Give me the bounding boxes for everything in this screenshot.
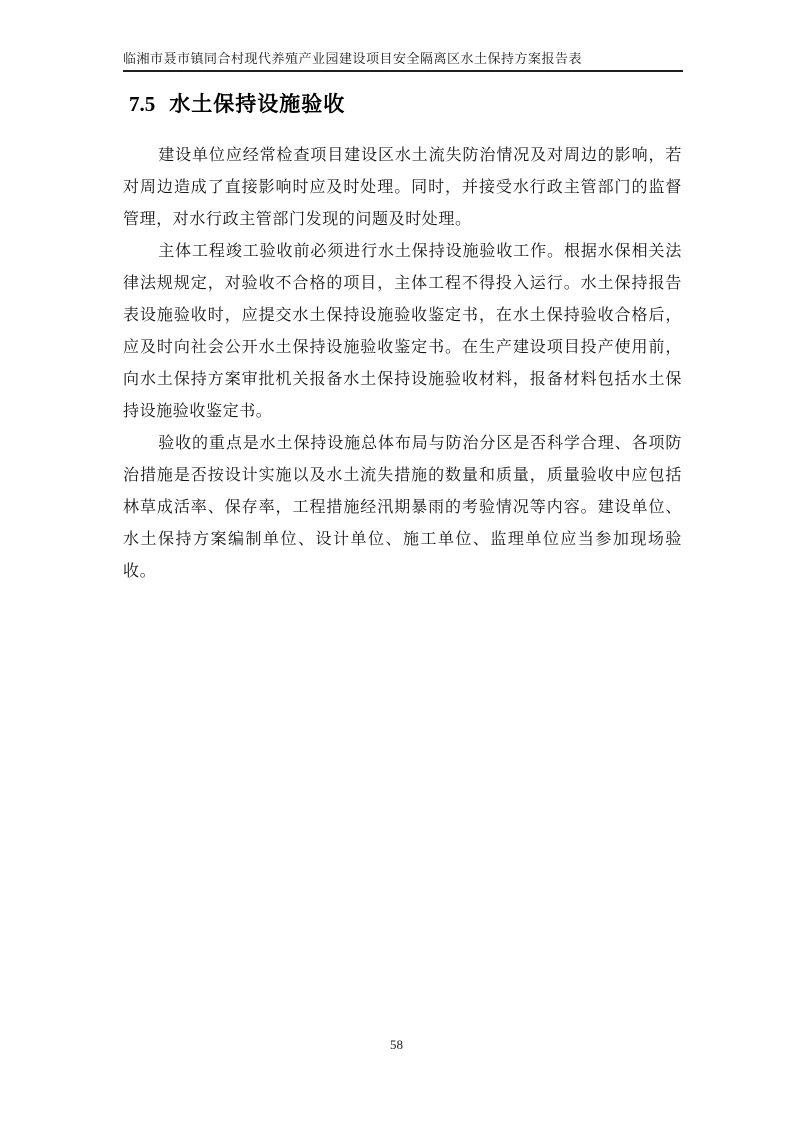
paragraph-inspection-duty: 建设单位应经常检查项目建设区水土流失防治情况及对周边的影响，若对周边造成了直接影… (123, 140, 682, 236)
paragraph-acceptance-focus: 验收的重点是水土保持设施总体布局与防治分区是否科学合理、各项防治措施是否按设计实… (123, 428, 682, 588)
section-heading: 7.5水土保持设施验收 (129, 90, 683, 118)
page-header-title: 临湘市聂市镇同合村现代养殖产业园建设项目安全隔离区水土保持方案报告表 (123, 50, 683, 72)
document-body: 建设单位应经常检查项目建设区水土流失防治情况及对周边的影响，若对周边造成了直接影… (123, 140, 682, 588)
paragraph-acceptance-procedure: 主体工程竣工验收前必须进行水土保持设施验收工作。根据水保相关法律法规规定，对验收… (123, 236, 682, 428)
document-page: 临湘市聂市镇同合村现代养殖产业园建设项目安全隔离区水土保持方案报告表 7.5水土… (0, 0, 793, 1122)
page-number: 58 (0, 1037, 793, 1053)
section-number: 7.5 (129, 92, 155, 116)
section-title: 水土保持设施验收 (169, 92, 345, 116)
